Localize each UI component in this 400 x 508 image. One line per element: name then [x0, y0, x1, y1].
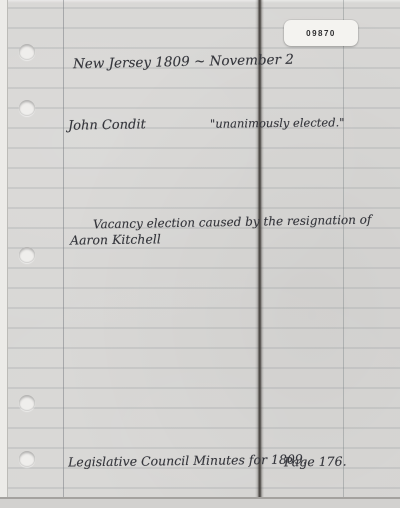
- paper-top-edge: [0, 0, 400, 3]
- punch-hole: [19, 100, 35, 116]
- punch-hole: [19, 247, 35, 263]
- punch-hole: [19, 44, 35, 60]
- punch-hole: [19, 395, 35, 411]
- handwritten-note-line2: Aaron Kitchell: [70, 231, 161, 247]
- left-margin-rule: [63, 0, 64, 508]
- catalog-number: 09870: [306, 29, 336, 38]
- paper-left-edge: [0, 0, 8, 508]
- punch-hole: [19, 451, 35, 467]
- handwritten-citation: Legislative Council Minutes for 1809.: [68, 452, 307, 470]
- handwritten-quote: "unanimously elected.": [210, 115, 345, 130]
- ruled-paper-background: [0, 0, 400, 508]
- paper-bottom-edge: [0, 497, 400, 508]
- handwritten-page-reference: Page 176.: [284, 454, 347, 470]
- page-fold-edge: [255, 0, 264, 508]
- handwritten-name: John Condit: [68, 117, 146, 133]
- catalog-sticker: 09870: [284, 20, 358, 46]
- scanned-notebook-page: New Jersey 1809 ~ November 2 John Condit…: [0, 0, 400, 508]
- right-margin-rule: [343, 0, 344, 508]
